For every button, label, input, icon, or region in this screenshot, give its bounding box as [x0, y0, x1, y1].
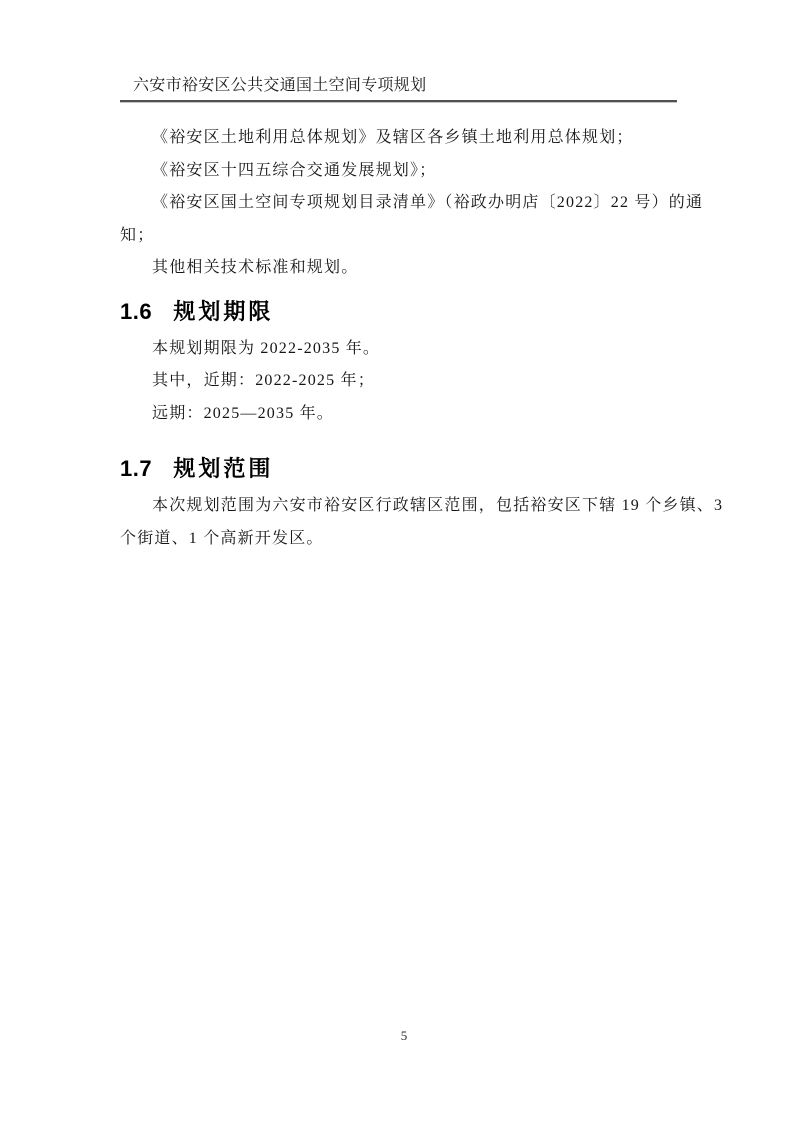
section-heading-1-6: 1.6 规划期限	[120, 297, 688, 327]
body-line: 《裕安区国土空间专项规划目录清单》（裕政办明店〔2022〕22 号）的通	[120, 187, 688, 220]
body-line: 其他相关技术标准和规划。	[120, 252, 688, 285]
section-title: 规划范围	[173, 454, 273, 484]
body-line: 《裕安区十四五综合交通发展规划》；	[120, 155, 688, 188]
document-body: 《裕安区土地利用总体规划》及辖区各乡镇土地利用总体规划； 《裕安区十四五综合交通…	[120, 122, 688, 555]
header-title: 六安市裕安区公共交通国土空间专项规划	[120, 76, 426, 96]
body-line: 知；	[120, 220, 688, 253]
section-title: 规划期限	[173, 297, 273, 327]
body-line: 远期：2025—2035 年。	[120, 398, 688, 431]
section-heading-1-7: 1.7 规划范围	[120, 454, 688, 484]
body-line: 本规划期限为 2022-2035 年。	[120, 333, 688, 366]
section-number: 1.7	[120, 454, 152, 484]
page-footer: 5	[120, 1026, 688, 1046]
body-line: 其中，近期：2022-2025 年；	[120, 365, 688, 398]
page-header: 六安市裕安区公共交通国土空间专项规划	[120, 76, 677, 102]
section-number: 1.6	[120, 297, 152, 327]
body-line: 本次规划范围为六安市裕安区行政辖区范围，包括裕安区下辖 19 个乡镇、3	[120, 490, 688, 523]
body-line: 个街道、1 个高新开发区。	[120, 523, 688, 556]
body-line: 《裕安区土地利用总体规划》及辖区各乡镇土地利用总体规划；	[120, 122, 688, 155]
document-page: 六安市裕安区公共交通国土空间专项规划 《裕安区土地利用总体规划》及辖区各乡镇土地…	[0, 0, 793, 1122]
page-number: 5	[401, 1028, 408, 1043]
